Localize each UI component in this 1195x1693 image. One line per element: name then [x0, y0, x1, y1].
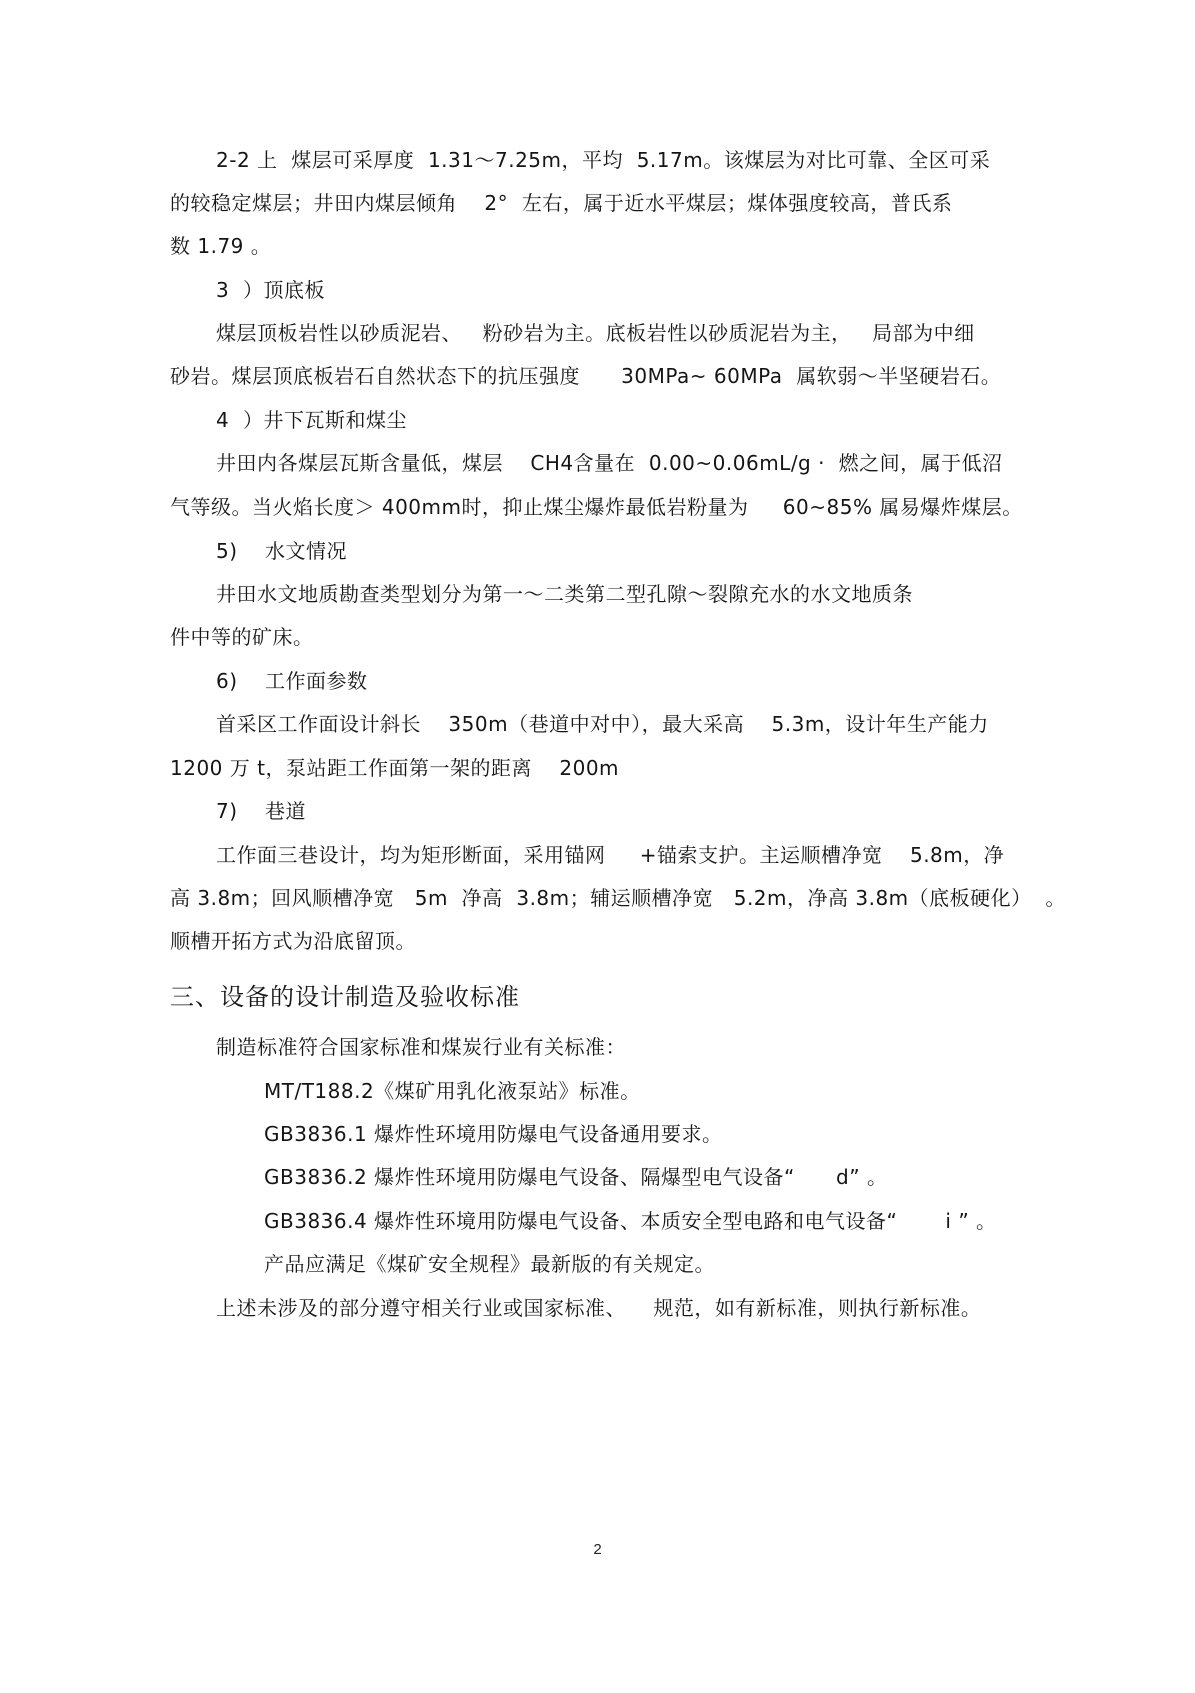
paragraph-roof-floor-line-2: 砂岩。煤层顶底板岩石自然状态下的抗压强度 30MPa~ 60MPa 属软弱～半坚… — [170, 363, 1001, 389]
section-heading: 三、设备的设计制造及验收标准 — [170, 982, 520, 1012]
paragraph-roof-floor-line-1: 煤层顶板岩性以砂质泥岩、 粉砂岩为主。底板岩性以砂质泥岩为主， 局部为中细 — [216, 320, 975, 346]
paragraph-coal-seam-line-3: 数 1.79 。 — [170, 233, 271, 259]
standard-item-mt-t188: MT/T188.2《煤矿用乳化液泵站》标准。 — [264, 1078, 641, 1104]
paragraph-gas-dust-line-2: 气等级。当火焰长度＞ 400mm时，抑止煤尘爆炸最低岩粉量为 60~85% 属易… — [170, 494, 1023, 520]
document-page: 2-2 上 煤层可采厚度 1.31～7.25m，平均 5.17m。该煤层为对比可… — [0, 0, 1195, 1693]
paragraph-hydrology-line-2: 件中等的矿床。 — [170, 624, 314, 650]
paragraph-coal-seam-line-2: 的较稳定煤层；井田内煤层倾角 2° 左右，属于近水平煤层；煤体强度较高，普氏系 — [170, 190, 952, 216]
paragraph-working-face-line-1: 首采区工作面设计斜长 350m（巷道中对中），最大采高 5.3m，设计年生产能力 — [216, 711, 989, 737]
paragraph-roadway-line-2: 高 3.8m；回风顺槽净宽 5m 净高 3.8m；辅运顺槽净宽 5.2m，净高 … — [170, 885, 1066, 911]
standard-item-gb3836-1: GB3836.1 爆炸性环境用防爆电气设备通用要求。 — [264, 1121, 723, 1147]
subheading-roof-floor: 3 ）顶底板 — [216, 277, 325, 303]
standard-item-gb3836-2: GB3836.2 爆炸性环境用防爆电气设备、隔爆型电气设备“ d” 。 — [264, 1164, 887, 1190]
subheading-hydrology: 5) 水文情况 — [216, 538, 347, 564]
paragraph-gas-dust-line-1: 井田内各煤层瓦斯含量低，煤层 CH4含量在 0.00~0.06mL/g · 燃之… — [216, 450, 1003, 476]
paragraph-roadway-line-3: 顺槽开拓方式为沿底留顶。 — [170, 928, 416, 954]
page-number: 2 — [0, 1541, 1195, 1558]
standards-intro: 制造标准符合国家标准和煤炭行业有关标准： — [216, 1034, 626, 1060]
standard-item-safety-rules: 产品应满足《煤矿安全规程》最新版的有关规定。 — [264, 1251, 715, 1277]
paragraph-working-face-line-2: 1200 万 t，泵站距工作面第一架的距离 200m — [170, 755, 619, 781]
subheading-roadway: 7) 巷道 — [216, 798, 306, 824]
paragraph-hydrology-line-1: 井田水文地质勘查类型划分为第一～二类第二型孔隙～裂隙充水的水文地质条 — [216, 581, 913, 607]
subheading-working-face: 6) 工作面参数 — [216, 668, 367, 694]
subheading-gas-dust: 4 ）井下瓦斯和煤尘 — [216, 407, 407, 433]
closing-paragraph: 上述未涉及的部分遵守相关行业或国家标准、 规范，如有新标准，则执行新标准。 — [216, 1295, 981, 1321]
paragraph-roadway-line-1: 工作面三巷设计，均为矩形断面，采用锚网 +锚索支护。主运顺槽净宽 5.8m，净 — [216, 842, 1004, 868]
paragraph-coal-seam-line-1: 2-2 上 煤层可采厚度 1.31～7.25m，平均 5.17m。该煤层为对比可… — [216, 147, 990, 173]
standard-item-gb3836-4: GB3836.4 爆炸性环境用防爆电气设备、本质安全型电路和电气设备“ i ” … — [264, 1208, 997, 1234]
